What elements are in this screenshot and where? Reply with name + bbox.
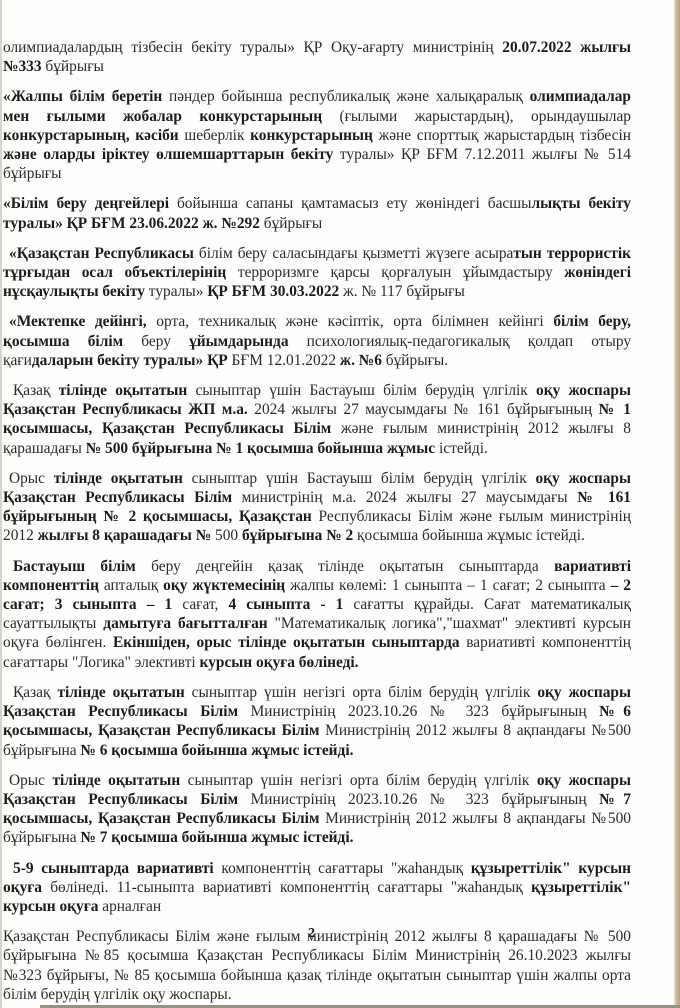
text-run: арналған xyxy=(98,898,161,915)
bold-text-run: ұйымдарында xyxy=(189,333,288,350)
text-run: сыныптар үшін негізгі орта білім берудің… xyxy=(180,772,537,789)
text-run: істейді. xyxy=(435,440,488,457)
page-right-edge xyxy=(674,0,680,1008)
text-run: Орыс xyxy=(9,470,54,487)
bold-text-run: тілінде оқытатын xyxy=(57,684,184,701)
paragraph-variative-component-primary: Бастауыш білім беру деңгейін қазақ тілін… xyxy=(3,557,631,672)
page-number: 2 xyxy=(308,926,315,942)
bold-text-run: «Білім беру деңгейлері xyxy=(3,195,169,212)
text-run: ж. № 117 бұйрығы xyxy=(339,283,465,300)
text-run: бұйрығы xyxy=(260,215,322,232)
paragraph-quality-leadership-order-292: «Білім беру деңгейлері бойынша сапаны қа… xyxy=(3,194,631,232)
paragraph-primary-russian-plan: Орыс тілінде оқытатын сыныптар үшін Баст… xyxy=(3,469,631,546)
paragraph-antiterror-order-117: «Қазақстан Республикасы білім беру салас… xyxy=(3,244,631,302)
bold-text-run: конкурстарының, кәсіби xyxy=(3,127,179,144)
text-run: Орыс xyxy=(9,772,52,789)
paragraph-olympiads-order-333: олимпиадалардың тізбесін бекіту туралы» … xyxy=(3,38,631,76)
text-run: және спорттық жарыстардың тізбесін xyxy=(373,127,631,144)
bold-text-run: «Мектепке дейінгі, xyxy=(9,313,147,330)
page-left-edge xyxy=(0,0,2,1008)
paragraph-global-competence: 5-9 сыныптарда вариативті компоненттің с… xyxy=(3,859,631,917)
text-run: 2024 жылғы 27 маусымдағы № 161 бұйрығыны… xyxy=(248,401,599,418)
text-run: сыныптар үшін Бастауыш білім берудің үлг… xyxy=(183,470,536,487)
text-run: бұйрығы xyxy=(42,58,104,75)
bold-text-run: № 500 бұйрығына № 1 қосымша бойынша жұмы… xyxy=(86,440,435,457)
text-run: министрінің м.а. 2024 жылғы 27 маусымдағ… xyxy=(232,489,577,506)
paragraph-primary-kazakh-plan: Қазақ тілінде оқытатын сыныптар үшін Бас… xyxy=(3,381,631,458)
text-run: орта, техникалық және кәсіптік, орта біл… xyxy=(147,313,554,330)
text-run: Қазақ xyxy=(13,684,57,701)
bold-text-run: бұйрығына № 2 xyxy=(242,527,353,544)
bold-text-run: ж. №6 xyxy=(340,352,382,369)
bold-text-run: конкурстарының xyxy=(250,127,373,144)
bold-text-run: тілінде оқытатын xyxy=(59,382,188,399)
paragraph-basic-russian-plan: Орыс тілінде оқытатын сыныптар үшін негі… xyxy=(3,771,631,848)
text-run: сыныптар үшін Бастауыш білім берудің үлг… xyxy=(187,382,536,399)
scanned-page: олимпиадалардың тізбесін бекіту туралы» … xyxy=(0,0,680,1008)
bold-text-run: курсын оқуға бөлінеді. xyxy=(200,654,359,671)
bold-text-run: «Жалпы білім беретін xyxy=(3,88,162,105)
bold-text-run: және оларды іріктеу өлшемшарттарын бекіт… xyxy=(3,146,333,163)
text-run: сағат, xyxy=(172,596,228,613)
text-run: БҒМ 12.01.2022 xyxy=(228,352,340,369)
bold-text-run: тілінде оқытатын xyxy=(52,772,180,789)
bold-text-run: тілінде оқытатын xyxy=(54,470,183,487)
text-run: білім беру саласындағы қызметті жүзеге а… xyxy=(194,245,513,262)
bold-text-run: жылғы 8 қарашадағы № xyxy=(38,527,212,544)
paragraph-psych-support-order-6: «Мектепке дейінгі, орта, техникалық және… xyxy=(3,312,631,370)
text-run: терроризмге қарсы қорғалуын ұйымдастыру xyxy=(226,264,564,281)
text-run: Министрінің 2023.10.26 № 323 бұйрығының xyxy=(238,791,599,808)
text-run: олимпиадалардың тізбесін бекіту туралы» … xyxy=(3,39,502,56)
text-run: Қазақ xyxy=(13,382,59,399)
paragraph-basic-kazakh-plan: Қазақ тілінде оқытатын сыныптар үшін нег… xyxy=(3,683,631,760)
text-run: 500 xyxy=(211,527,242,544)
text-run: бұйрығы. xyxy=(382,352,448,369)
text-run: Министрінің 2023.10.26 № 323 бұйрығының xyxy=(238,703,599,720)
bold-text-run: Екіншіден, орыс тілінде оқытатын сыныпта… xyxy=(113,634,460,651)
bold-text-run: «Қазақстан Республикасы xyxy=(9,245,194,262)
text-run: сыныптар үшін негізгі орта білім берудің… xyxy=(185,684,538,701)
text-run: бөлінеді. 11-сыныпта вариативті компонен… xyxy=(42,879,531,896)
bold-text-run: ҚР БҒМ 30.03.2022 xyxy=(207,283,339,300)
bold-text-run: Бастауыш білім xyxy=(13,558,136,575)
bold-text-run: дамытуға бағытталған xyxy=(103,615,267,632)
bold-text-run: даларын бекіту туралы» ҚР xyxy=(32,352,228,369)
bold-text-run: № 6 қосымша бойынша жұмыс істейді. xyxy=(80,742,353,759)
bold-text-run: 5-9 сыныптарда вариативті xyxy=(13,860,214,877)
text-run: туралы» xyxy=(145,283,207,300)
bold-text-run: оқу жүктемесінің xyxy=(163,577,285,594)
text-run: компоненттің сағаттары "жаһандық xyxy=(214,860,471,877)
document-body: олимпиадалардың тізбесін бекіту туралы» … xyxy=(3,38,631,1008)
paragraph-olympiads-order-514: «Жалпы білім беретін пәндер бойынша респ… xyxy=(3,87,631,183)
paragraph-general-secondary-plan: Қазақстан Республикасы Білім және ғылым … xyxy=(3,927,631,1004)
text-run: шеберлік xyxy=(179,127,250,144)
bold-text-run: № 7 қосымша бойынша жұмыс істейді. xyxy=(80,829,353,846)
text-run: беру деңгейін қазақ тілінде оқытатын сын… xyxy=(136,558,554,575)
text-run: апталық xyxy=(99,577,163,594)
text-run: беру xyxy=(123,333,189,350)
text-run: пәндер бойынша республикалық және халықа… xyxy=(162,88,529,105)
text-run: бойынша сапаны қамтамасыз ету жөніндегі … xyxy=(169,195,531,212)
bold-text-run: 4 сыныпта - 1 xyxy=(228,596,343,613)
text-run: (ғылыми жарыстардың), орындаушылар xyxy=(322,108,631,125)
text-run: жалпы көлемі: 1 сыныпта – 1 сағат; 2 сын… xyxy=(285,577,610,594)
text-run: қосымша бойынша жұмыс істейді. xyxy=(353,527,585,544)
text-run: Қазақстан Республикасы Білім және ғылым … xyxy=(3,928,631,1003)
